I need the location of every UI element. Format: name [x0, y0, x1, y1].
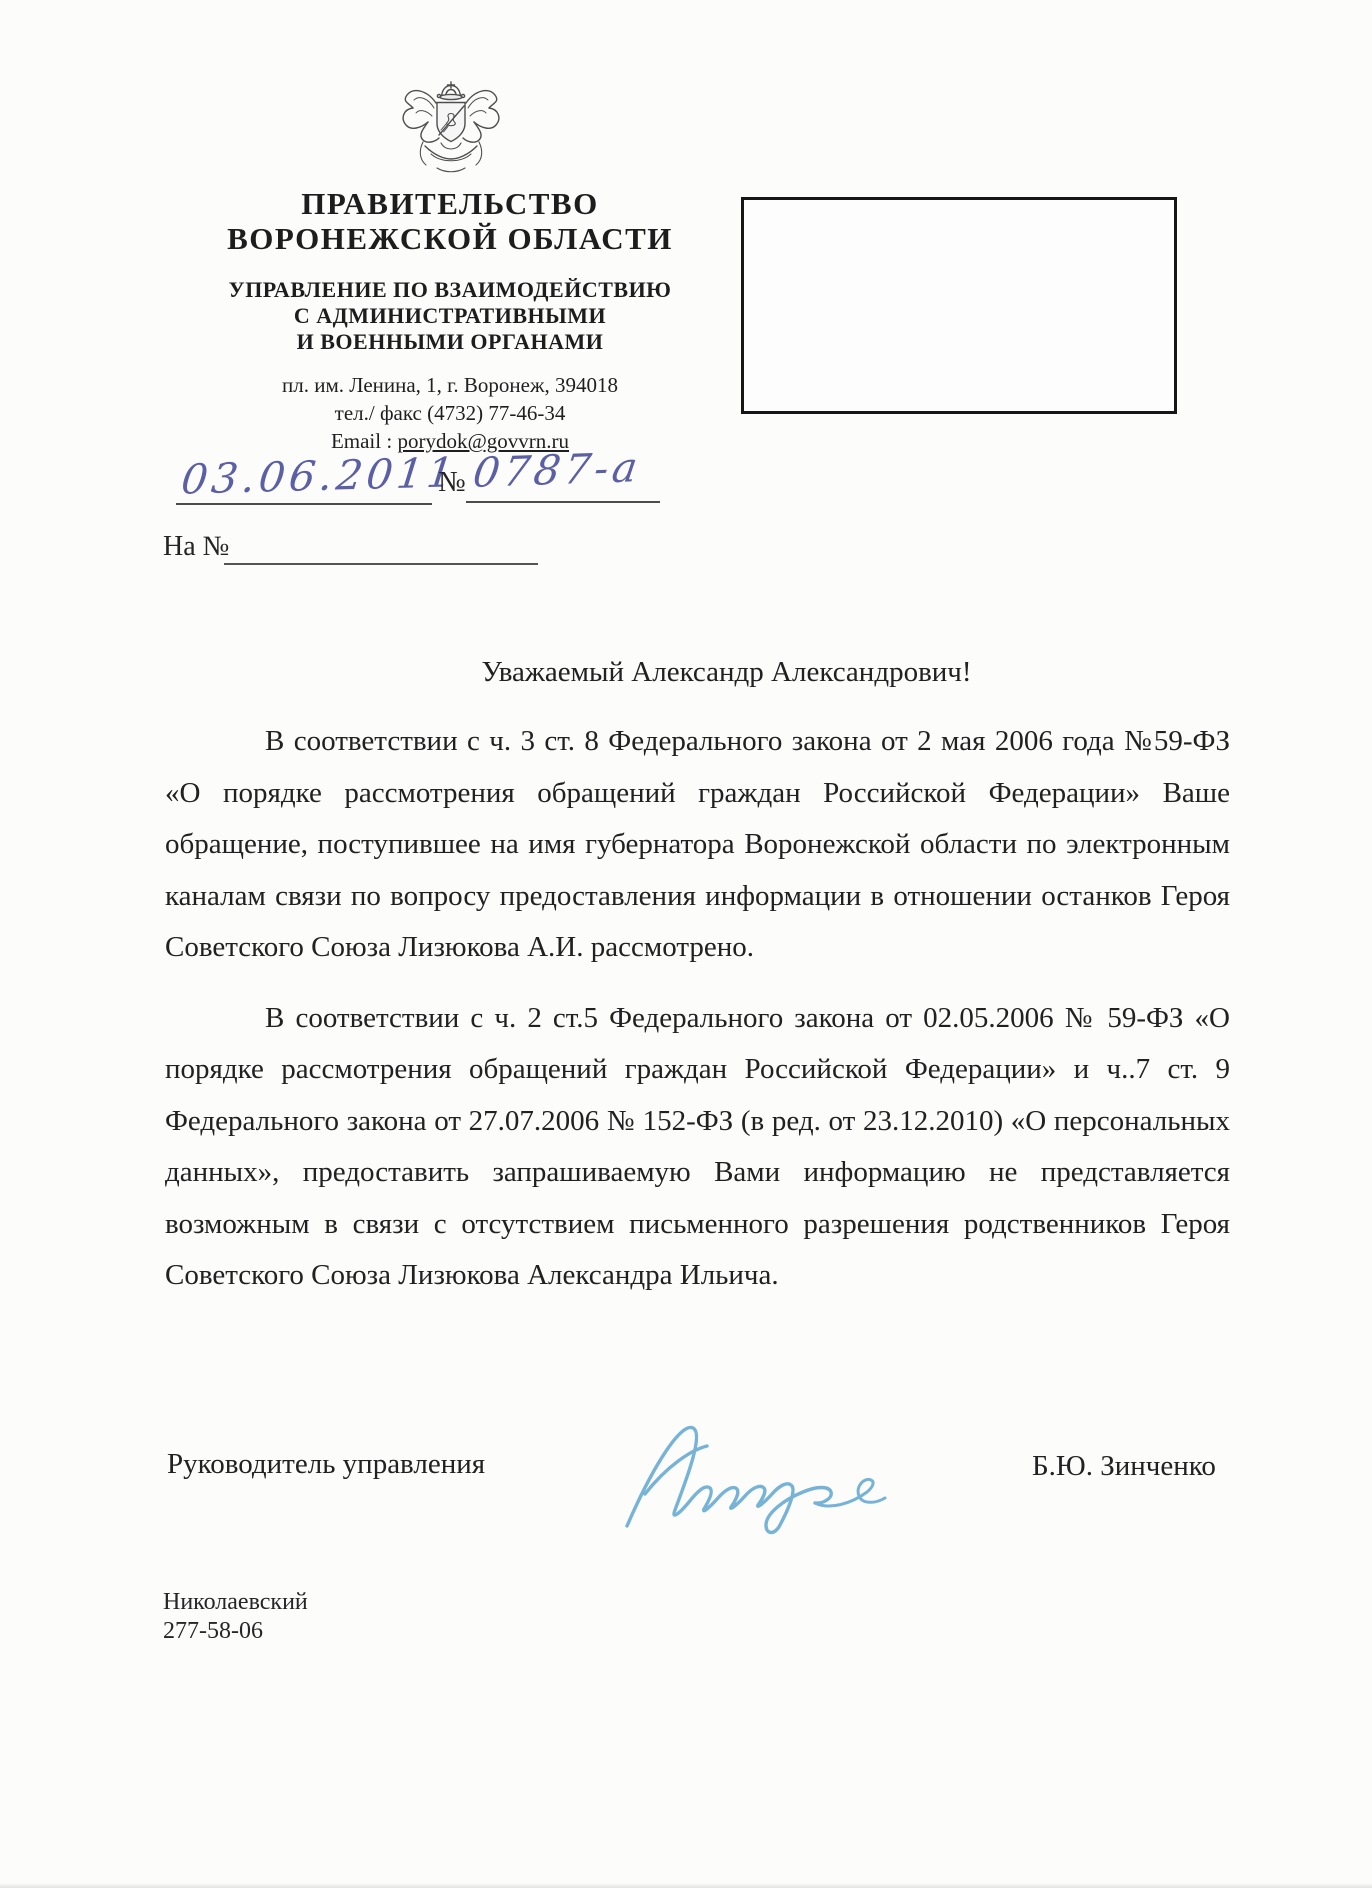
department-line2: С АДМИНИСТРАТИВНЫМИ: [205, 303, 695, 329]
contact-block: пл. им. Ленина, 1, г. Воронеж, 394018 те…: [205, 371, 695, 455]
postal-address: пл. им. Ленина, 1, г. Воронеж, 394018: [205, 371, 695, 399]
recipient-box: [741, 197, 1177, 414]
salutation: Уважаемый Александр Александрович!: [165, 656, 1230, 689]
signer-title: Руководитель управления: [167, 1448, 485, 1481]
executor-block: Николаевский 277-58-06: [163, 1588, 308, 1646]
wreath-base-icon: [420, 142, 481, 172]
date-underline: [176, 503, 432, 505]
paragraph-2: В соответствии с ч. 2 ст.5 Федерального …: [165, 993, 1230, 1302]
eagle-supporter-right-icon: [463, 91, 499, 143]
number-sign: №: [438, 466, 466, 499]
department-name: УПРАВЛЕНИЕ ПО ВЗАИМОДЕЙСТВИЮ С АДМИНИСТР…: [205, 277, 695, 355]
org-name-line2: ВОРОНЕЖСКОЙ ОБЛАСТИ: [205, 221, 695, 256]
paragraph-1: В соответствии с ч. 3 ст. 8 Федерального…: [165, 716, 1230, 974]
org-name: ПРАВИТЕЛЬСТВО ВОРОНЕЖСКОЙ ОБЛАСТИ: [205, 186, 695, 256]
signer-name: Б.Ю. Зинченко: [1032, 1450, 1216, 1483]
handwritten-date: 03.06.2011: [179, 448, 460, 503]
department-line3: И ВОЕННЫМИ ОРГАНАМИ: [205, 329, 695, 355]
shield-icon: [437, 103, 465, 142]
handwritten-outgoing-number: 0787-а: [470, 443, 644, 497]
number-underline: [466, 501, 660, 503]
voronezh-coat-of-arms-icon: [385, 78, 517, 182]
scan-edge: [0, 1883, 1372, 1888]
org-name-line1: ПРАВИТЕЛЬСТВО: [205, 186, 695, 221]
reply-to-label: На №: [163, 531, 229, 563]
executor-phone: 277-58-06: [163, 1617, 308, 1646]
eagle-supporter-left-icon: [403, 91, 439, 143]
reply-to-underline: [224, 563, 538, 565]
letter-body: В соответствии с ч. 3 ст. 8 Федерального…: [165, 716, 1230, 1321]
executor-name: Николаевский: [163, 1588, 308, 1617]
phone-fax: тел./ факс (4732) 77-46-34: [205, 399, 695, 427]
handwritten-signature: [615, 1404, 945, 1544]
scanned-letter-page: ПРАВИТЕЛЬСТВО ВОРОНЕЖСКОЙ ОБЛАСТИ УПРАВЛ…: [0, 0, 1372, 1888]
crown-icon: [437, 82, 464, 100]
department-line1: УПРАВЛЕНИЕ ПО ВЗАИМОДЕЙСТВИЮ: [205, 277, 695, 303]
